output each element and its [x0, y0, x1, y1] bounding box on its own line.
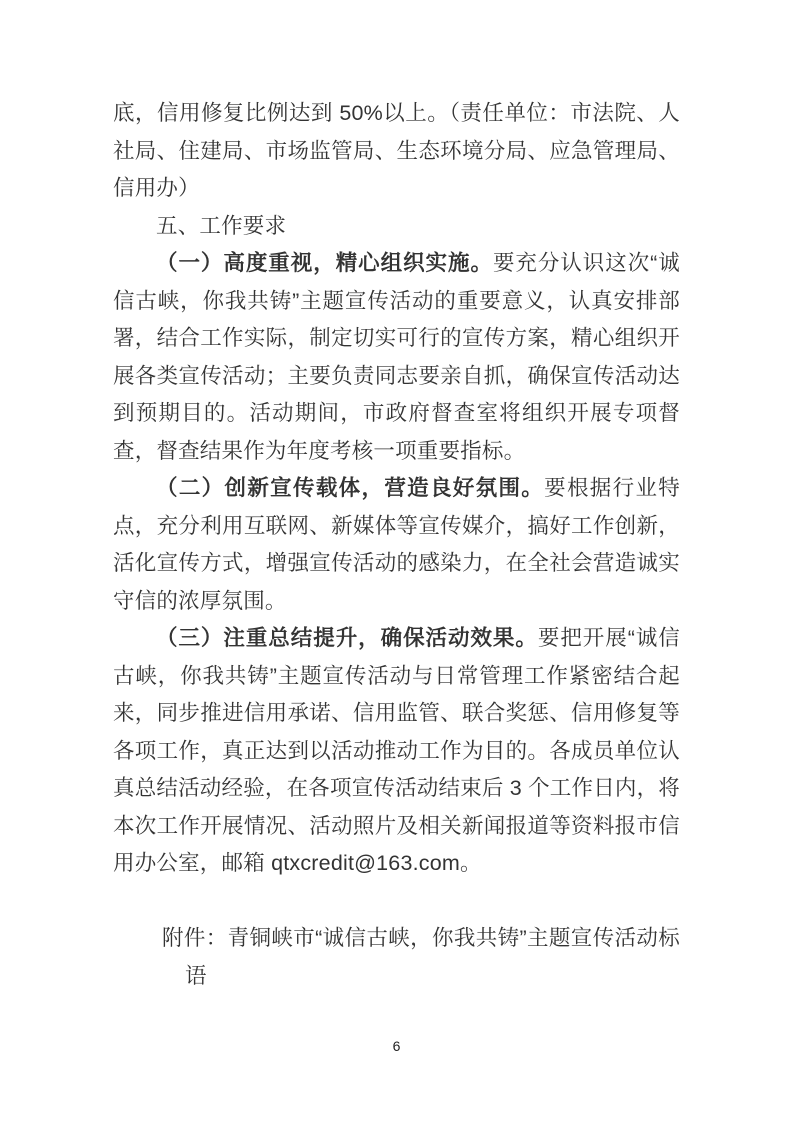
paragraph-1-lead: （一）高度重视，精心组织实施。: [156, 251, 493, 275]
section-heading: 五、工作要求: [113, 208, 680, 246]
paragraph-1-text: 要充分认识这次“诚信古峡，你我共铸”主题宣传活动的重要意义，认真安排部署，结合工…: [113, 251, 680, 463]
paragraph-continuation: 底，信用修复比例达到 50%以上。（责任单位：市法院、人社局、住建局、市场监管局…: [113, 95, 680, 208]
page-number: 6: [0, 1036, 793, 1056]
paragraph-2-lead: （二）创新宣传载体，营造良好氛围。: [156, 476, 544, 500]
paragraph-item-1: （一）高度重视，精心组织实施。要充分认识这次“诚信古峡，你我共铸”主题宣传活动的…: [113, 245, 680, 470]
attachment-note: 附件：青铜峡市“诚信古峡，你我共铸”主题宣传活动标语: [113, 920, 680, 995]
document-body: 底，信用修复比例达到 50%以上。（责任单位：市法院、人社局、住建局、市场监管局…: [113, 95, 680, 995]
paragraph-item-2: （二）创新宣传载体，营造良好氛围。要根据行业特点，充分利用互联网、新媒体等宣传媒…: [113, 470, 680, 620]
paragraph-item-3: （三）注重总结提升，确保活动效果。要把开展“诚信古峡，你我共铸”主题宣传活动与日…: [113, 620, 680, 883]
paragraph-3-text: 要把开展“诚信古峡，你我共铸”主题宣传活动与日常管理工作紧密结合起来，同步推进信…: [113, 626, 680, 875]
paragraph-3-lead: （三）注重总结提升，确保活动效果。: [156, 626, 538, 650]
document-page: 底，信用修复比例达到 50%以上。（责任单位：市法院、人社局、住建局、市场监管局…: [0, 0, 793, 1122]
